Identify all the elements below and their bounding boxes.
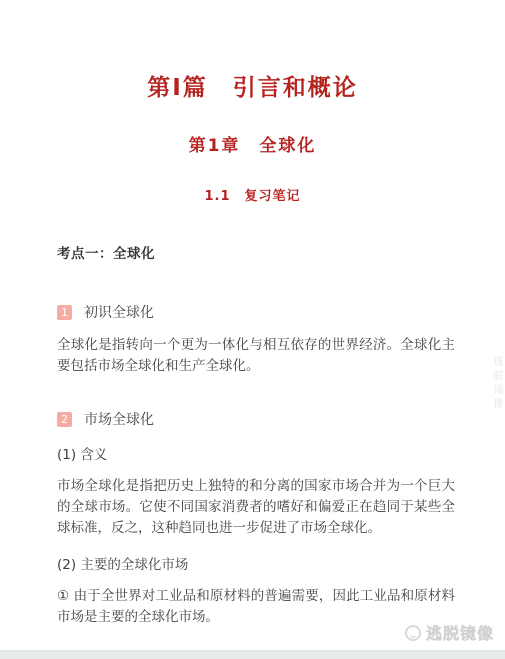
part-title: 第Ⅰ篇 引言和概论	[0, 69, 505, 102]
document-page: 第Ⅰ篇 引言和概论 第1章 全球化 1.1 复习笔记 考点一：全球化 1 初识全…	[0, 0, 505, 659]
bottom-edge-bar	[0, 650, 505, 659]
watermark: 逃脱镜像	[405, 621, 494, 644]
paragraph-major-markets: ① 由于全世界对工业品和原材料的普遍需要，因此工业品和原材料市场是主要的全球化市…	[57, 586, 455, 628]
block-heading-2: 2 市场全球化	[57, 409, 455, 429]
paragraph-market-globalization-meaning: 市场全球化是指把历史上独特的和分离的国家市场合并为一个巨大的全球市场。它使不同国…	[57, 476, 455, 539]
number-badge-1: 1	[57, 305, 72, 320]
sub-label-meaning: (1) 含义	[57, 443, 455, 463]
block-heading-1: 1 初识全球化	[57, 302, 455, 322]
watermark-text: 逃脱镜像	[426, 621, 494, 644]
paragraph-globalization-intro: 全球化是指转向一个更为一体化与相互依存的世界经济。全球化主要包括市场全球化和生产…	[57, 335, 455, 377]
content-area: 考点一：全球化 1 初识全球化 全球化是指转向一个更为一体化与相互依存的世界经济…	[57, 242, 455, 628]
topic-heading: 考点一：全球化	[57, 242, 455, 262]
side-watermark-text: 逃脱镜像	[489, 356, 504, 412]
block-title-2: 市场全球化	[84, 409, 154, 429]
chapter-title: 第1章 全球化	[0, 131, 505, 156]
watermark-logo-icon	[405, 625, 421, 641]
block-title-1: 初识全球化	[84, 302, 154, 322]
number-badge-2: 2	[57, 412, 72, 427]
section-title: 1.1 复习笔记	[0, 185, 505, 204]
sub-label-major-markets: (2) 主要的全球化市场	[57, 553, 455, 573]
